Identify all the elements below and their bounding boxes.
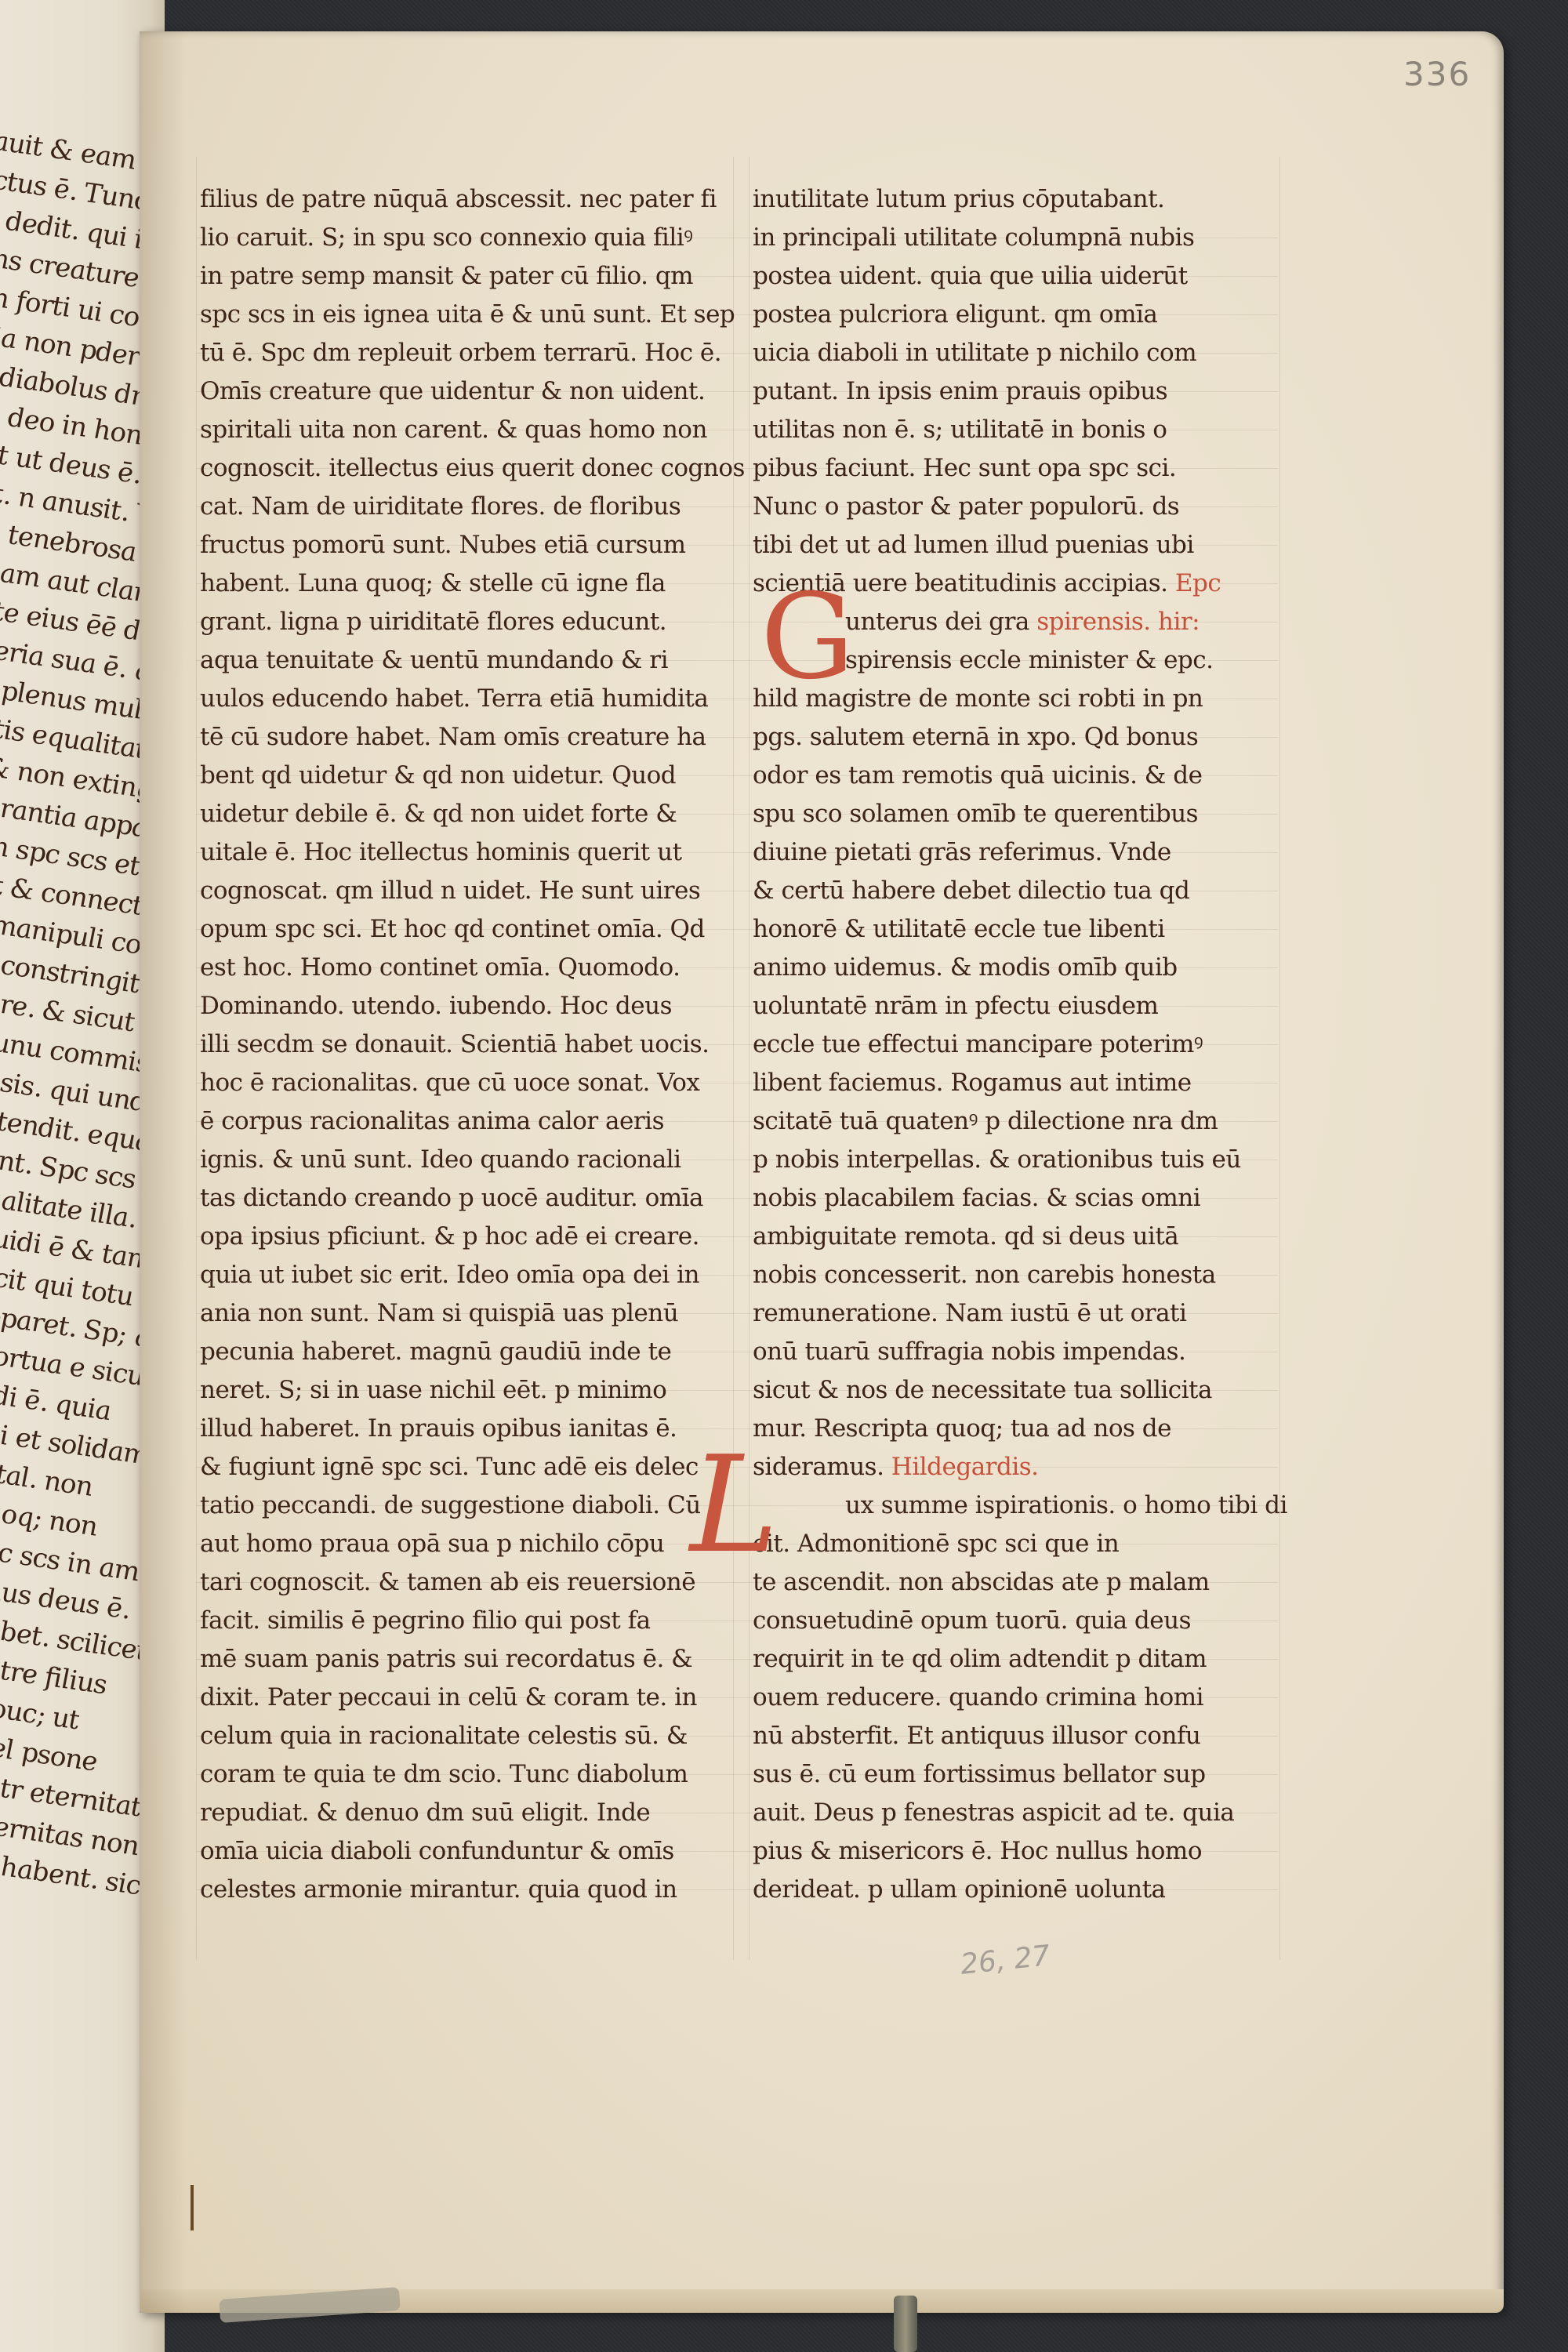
text-line-body: ux summe ispirationis. o homo tibi di [845,1491,1287,1519]
text-line-body: mur. Rescripta quoq; tua ad nos de [753,1414,1171,1443]
text-line: utilitas non ē. s; utilitatē in bonis o [753,411,1274,449]
text-line-body: sicut & nos de necessitate tua sollicita [753,1376,1212,1404]
text-line: sicut & nos de necessitate tua sollicita [753,1371,1274,1410]
text-line-body: auit. Deus p fenestras aspicit ad te. qu… [753,1798,1234,1827]
text-line-body: putant. In ipsis enim prauis opibus [753,377,1167,405]
text-line: derideat. p ullam opinionē uolunta [753,1871,1274,1909]
text-line: nobis placabilem facias. & scias omni [753,1179,1274,1218]
text-line: fructus pomorū sunt. Nubes etiā cursum [200,526,741,564]
text-line-body: diuine pietati grās referimus. Vnde [753,838,1171,866]
text-line-body: eccle tue effectui mancipare poterimꝰ [753,1030,1203,1058]
text-line-body: & certū habere debet dilectio tua qd [753,877,1189,905]
text-line-body: animo uidemus. & modis omīb quib [753,953,1178,982]
text-line-body: sus ē. cū eum fortissimus bellator sup [753,1760,1206,1788]
text-line-body: unterus dei gra [845,608,1029,636]
text-line-body: postea pulcriora eligunt. qm omīa [753,300,1157,328]
text-line: onū tuarū suffragia nobis impendas. [753,1333,1274,1371]
text-line-body: onū tuarū suffragia nobis impendas. [753,1338,1185,1366]
text-line: in patre semp mansit & pater cū filio. q… [200,257,741,296]
text-line: remuneratione. Nam iustū ē ut orati [753,1294,1274,1333]
text-line-body: derideat. p ullam opinionē uolunta [753,1875,1166,1904]
text-line: mē suam panis patris sui recordatus ē. & [200,1640,741,1679]
text-line: cognoscit. itellectus eius querit donec … [200,449,741,488]
text-line-body: odor es tam remotis quā uicinis. & de [753,761,1202,789]
text-line: tū ē. Spc dm repleuit orbem terrarū. Hoc… [200,334,741,372]
text-line: sus ē. cū eum fortissimus bellator sup [753,1755,1274,1794]
text-line: repudiat. & denuo dm suū eligit. Inde [200,1794,741,1832]
text-line: pecunia haberet. magnū gaudiū inde te [200,1333,741,1371]
text-line: ouem reducere. quando crimina homi [753,1679,1274,1717]
text-line-body: nobis placabilem facias. & scias omni [753,1184,1200,1212]
text-line: cit. Admonitionē spc sci que in [753,1525,1274,1563]
text-line: p nobis interpellas. & orationibus tuis … [753,1141,1274,1179]
text-line: Omīs creature que uidentur & non uident. [200,372,741,411]
text-line: spiritali uita non carent. & quas homo n… [200,411,741,449]
text-line-body: nobis concesserit. non carebis honesta [753,1261,1216,1289]
text-line: est hoc. Homo continet omīa. Quomodo. [200,949,741,987]
text-line-body: consuetudinē opum tuorū. quia deus [753,1606,1191,1635]
text-line: ux summe ispirationis. o homo tibi di [753,1486,1274,1525]
text-line: facit. similis ē pegrino filio qui post … [200,1602,741,1640]
text-line-body: uicia diaboli in utilitate p nichilo com [753,339,1196,367]
text-line: bent qd uidetur & qd non uidetur. Quod [200,757,741,795]
text-line: diuine pietati grās referimus. Vnde [753,833,1274,872]
ruling-vertical [1279,157,1280,1960]
text-line: inutilitate lutum prius cōputabant. [753,180,1274,219]
text-line: tibi det ut ad lumen illud puenias ubi [753,526,1274,564]
text-line-body: remuneratione. Nam iustū ē ut orati [753,1299,1186,1327]
gutter-ink-mark [191,2185,194,2230]
ruling-vertical [196,157,197,1960]
text-line: cat. Nam de uiriditate flores. de florib… [200,488,741,526]
text-column-left: filius de patre nūquā abscessit. nec pat… [200,180,741,1909]
text-line: Dominando. utendo. iubendo. Hoc deus [200,987,741,1025]
text-line: scitatē tuā quatenꝰ p dilectione nra dm [753,1102,1274,1141]
text-line: hoc ē racionalitas. que cū uoce sonat. V… [200,1064,741,1102]
text-line-body: libent faciemus. Rogamus aut intime [753,1069,1192,1097]
text-line-body: ouem reducere. quando crimina homi [753,1683,1203,1711]
text-line-body: scitatē tuā quatenꝰ p dilectione nra dm [753,1107,1218,1135]
text-line: postea uident. quia que uilia uiderūt [753,257,1274,296]
text-line: habent. Luna quoq; & stelle cū igne fla [200,564,741,603]
rubric-text: spirensis. hir: [1029,608,1200,636]
text-line: putant. In ipsis enim prauis opibus [753,372,1274,411]
folio-number: 336 [1403,55,1471,93]
ruling-vertical [749,157,750,1960]
text-line: eccle tue effectui mancipare poterimꝰ [753,1025,1274,1064]
text-line: ignis. & unū sunt. Ideo quando racionali [200,1141,741,1179]
text-line-body: requirit in te qd olim adtendit p ditam [753,1645,1207,1673]
gutter-shadow [140,31,187,2313]
text-line: uicia diaboli in utilitate p nichilo com [753,334,1274,372]
text-line: filius de patre nūquā abscessit. nec pat… [200,180,741,219]
text-line: nobis concesserit. non carebis honesta [753,1256,1274,1294]
text-line: & certū habere debet dilectio tua qd [753,872,1274,910]
text-line-body: honorē & utilitatē eccle tue libenti [753,915,1165,943]
text-line: dixit. Pater peccaui in celū & coram te.… [200,1679,741,1717]
decorated-initial-g-icon: G [760,579,855,696]
rubric-text: Epc [1168,569,1221,597]
text-line: in principali utilitate columpnā nubis [753,219,1274,257]
text-line: nū absterfit. Et antiquus illusor confu [753,1717,1274,1755]
text-line: consuetudinē opum tuorū. quia deus [753,1602,1274,1640]
text-line: sideramus. Hildegardis. [753,1448,1274,1486]
text-line-body: ambiguitate remota. qd si deus uitā [753,1222,1178,1250]
text-line-body: cit. Admonitionē spc sci que in [753,1530,1119,1558]
text-line: uidetur debile ē. & qd non uidet forte & [200,795,741,833]
text-line: lio caruit. S; in spu sco connexio quia … [200,219,741,257]
text-column-right: inutilitate lutum prius cōputabant.in pr… [753,180,1274,1909]
text-line: auit. Deus p fenestras aspicit ad te. qu… [753,1794,1274,1832]
text-line: omīa uicia diaboli confunduntur & omīs [200,1832,741,1871]
text-line: aqua tenuitate & uentū mundando & ri [200,641,741,680]
text-line: illud haberet. In prauis opibus ianitas … [200,1410,741,1448]
text-line-body: postea uident. quia que uilia uiderūt [753,262,1188,290]
text-line-body: Nunc o pastor & pater populorū. ds [753,492,1179,521]
text-line: opum spc sci. Et hoc qd continet omīa. Q… [200,910,741,949]
text-line: te ascendit. non abscidas ate p malam [753,1563,1274,1602]
text-line-body: inutilitate lutum prius cōputabant. [753,185,1164,213]
decorated-initial-l-icon: L [690,1439,779,1572]
text-line: tas dictando creando p uocē auditur. omī… [200,1179,741,1218]
text-line: ambiguitate remota. qd si deus uitā [753,1218,1274,1256]
text-line: spu sco solamen omīb te querentibus [753,795,1274,833]
text-line: celum quia in racionalitate celestis sū.… [200,1717,741,1755]
text-line: requirit in te qd olim adtendit p ditam [753,1640,1274,1679]
text-line-body: uoluntatē nrām in pfectu eiusdem [753,992,1158,1020]
text-line-body: spirensis eccle minister & epc. [845,646,1214,674]
text-line: grant. ligna p uiriditatē flores educunt… [200,603,741,641]
text-line: mur. Rescripta quoq; tua ad nos de [753,1410,1274,1448]
text-line: ania non sunt. Nam si quispiā uas plenū [200,1294,741,1333]
text-line: Nunc o pastor & pater populorū. ds [753,488,1274,526]
text-line: libent faciemus. Rogamus aut intime [753,1064,1274,1102]
text-line: & fugiunt ignē spc sci. Tunc adē eis del… [200,1448,741,1486]
text-line: pius & misericors ē. Hoc nullus homo [753,1832,1274,1871]
text-line-body: pibus faciunt. Hec sunt opa spc sci. [753,454,1176,482]
text-line: quia ut iubet sic erit. Ideo omīa opa de… [200,1256,741,1294]
rubric-text: Hildegardis. [884,1453,1038,1481]
text-line: neret. S; si in uase nichil eēt. p minim… [200,1371,741,1410]
text-line-body: tibi det ut ad lumen illud puenias ubi [753,531,1194,559]
text-line: coram te quia te dm scio. Tunc diabolum [200,1755,741,1794]
text-line-body: utilitas non ē. s; utilitatē in bonis o [753,416,1167,444]
text-line-body: pius & misericors ē. Hoc nullus homo [753,1837,1202,1865]
text-line: odor es tam remotis quā uicinis. & de [753,757,1274,795]
text-line-body: pgs. salutem eternā in xpo. Qd bonus [753,723,1198,751]
text-line: tatio peccandi. de suggestione diaboli. … [200,1486,741,1525]
text-line-body: nū absterfit. Et antiquus illusor confu [753,1722,1200,1750]
text-line: cognoscat. qm illud n uidet. He sunt uir… [200,872,741,910]
text-line: uitale ē. Hoc itellectus hominis querit … [200,833,741,872]
text-line-body: te ascendit. non abscidas ate p malam [753,1568,1210,1596]
text-line: opa ipsius pficiunt. & p hoc adē ei crea… [200,1218,741,1256]
text-line: postea pulcriora eligunt. qm omīa [753,296,1274,334]
text-line: pgs. salutem eternā in xpo. Qd bonus [753,718,1274,757]
text-line: tari cognoscit. & tamen ab eis reuersion… [200,1563,741,1602]
text-line-body: p nobis interpellas. & orationibus tuis … [753,1145,1241,1174]
text-line-body: in principali utilitate columpnā nubis [753,223,1194,252]
text-line: ē corpus racionalitas anima calor aeris [200,1102,741,1141]
text-line: tē cū sudore habet. Nam omīs creature ha [200,718,741,757]
text-line: uulos educendo habet. Terra etiā humidit… [200,680,741,718]
text-line-body: spu sco solamen omīb te querentibus [753,800,1198,828]
text-line: illi secdm se donauit. Scientiā habet uo… [200,1025,741,1064]
text-line: animo uidemus. & modis omīb quib [753,949,1274,987]
text-line: uoluntatē nrām in pfectu eiusdem [753,987,1274,1025]
text-line: spc scs in eis ignea uita ē & unū sunt. … [200,296,741,334]
text-line: celestes armonie mirantur. quia quod in [200,1871,741,1909]
text-line: honorē & utilitatē eccle tue libenti [753,910,1274,949]
text-line: aut homo praua opā sua p nichilo cōpu [200,1525,741,1563]
text-line: pibus faciunt. Hec sunt opa spc sci. [753,449,1274,488]
book-strap-clasp [894,2296,917,2352]
